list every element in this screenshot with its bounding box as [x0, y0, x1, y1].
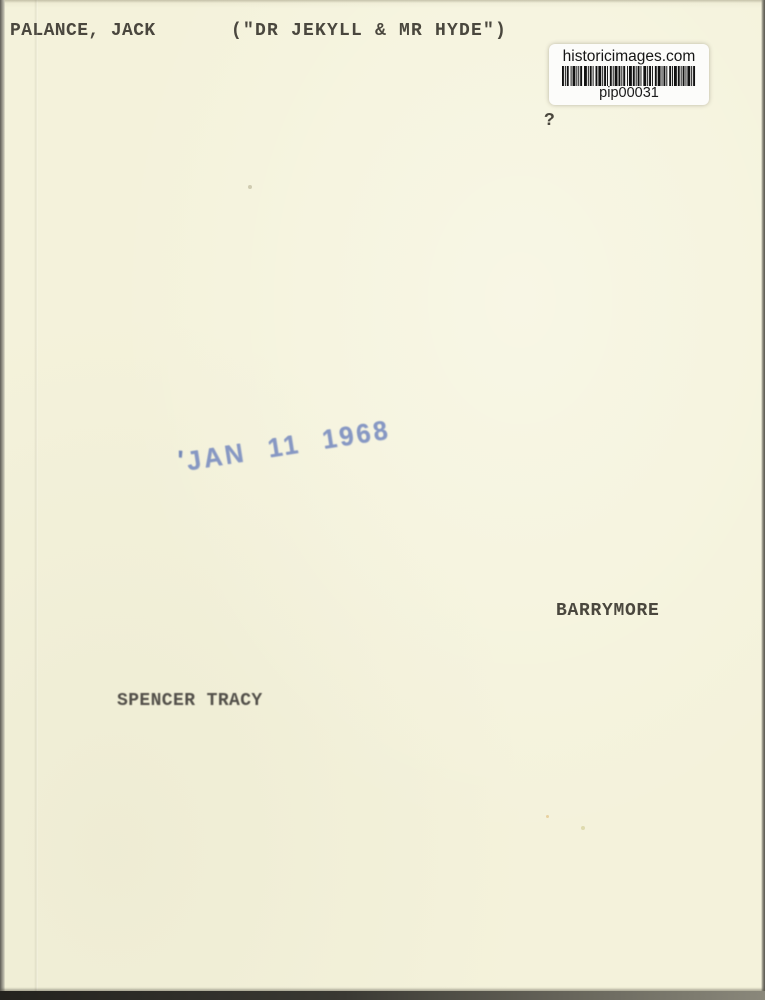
subject-name: PALANCE, JACK [10, 22, 156, 42]
paper-speck [248, 185, 252, 189]
stamp-stray-mark: ' [176, 445, 186, 476]
annotation-barrymore: BARRYMORE [556, 602, 660, 622]
sticker-code-label: pip00031 [599, 86, 659, 102]
question-mark: ? [544, 112, 555, 132]
film-title: ("DR JEKYLL & MR HYDE") [231, 22, 507, 42]
sticker-website-label: historicimages.com [563, 48, 696, 65]
scan-edge-right [761, 0, 765, 1000]
paper-speck [546, 815, 549, 818]
annotation-spencer-tracy: SPENCER TRACY [117, 692, 263, 712]
photo-back-scan: PALANCE, JACK ("DR JEKYLL & MR HYDE") hi… [0, 0, 765, 1000]
paper-speck [581, 826, 585, 830]
barcode-icon [562, 66, 696, 86]
paper-crease [34, 0, 38, 1000]
scan-edge-left [0, 0, 5, 1000]
scan-edge-bottom [0, 991, 765, 1000]
date-stamp-text: JAN 11 1968 [184, 414, 392, 476]
inventory-sticker: historicimages.com [549, 44, 709, 105]
scan-edge-top [0, 0, 765, 3]
date-stamp: 'JAN 11 1968 [175, 417, 377, 479]
